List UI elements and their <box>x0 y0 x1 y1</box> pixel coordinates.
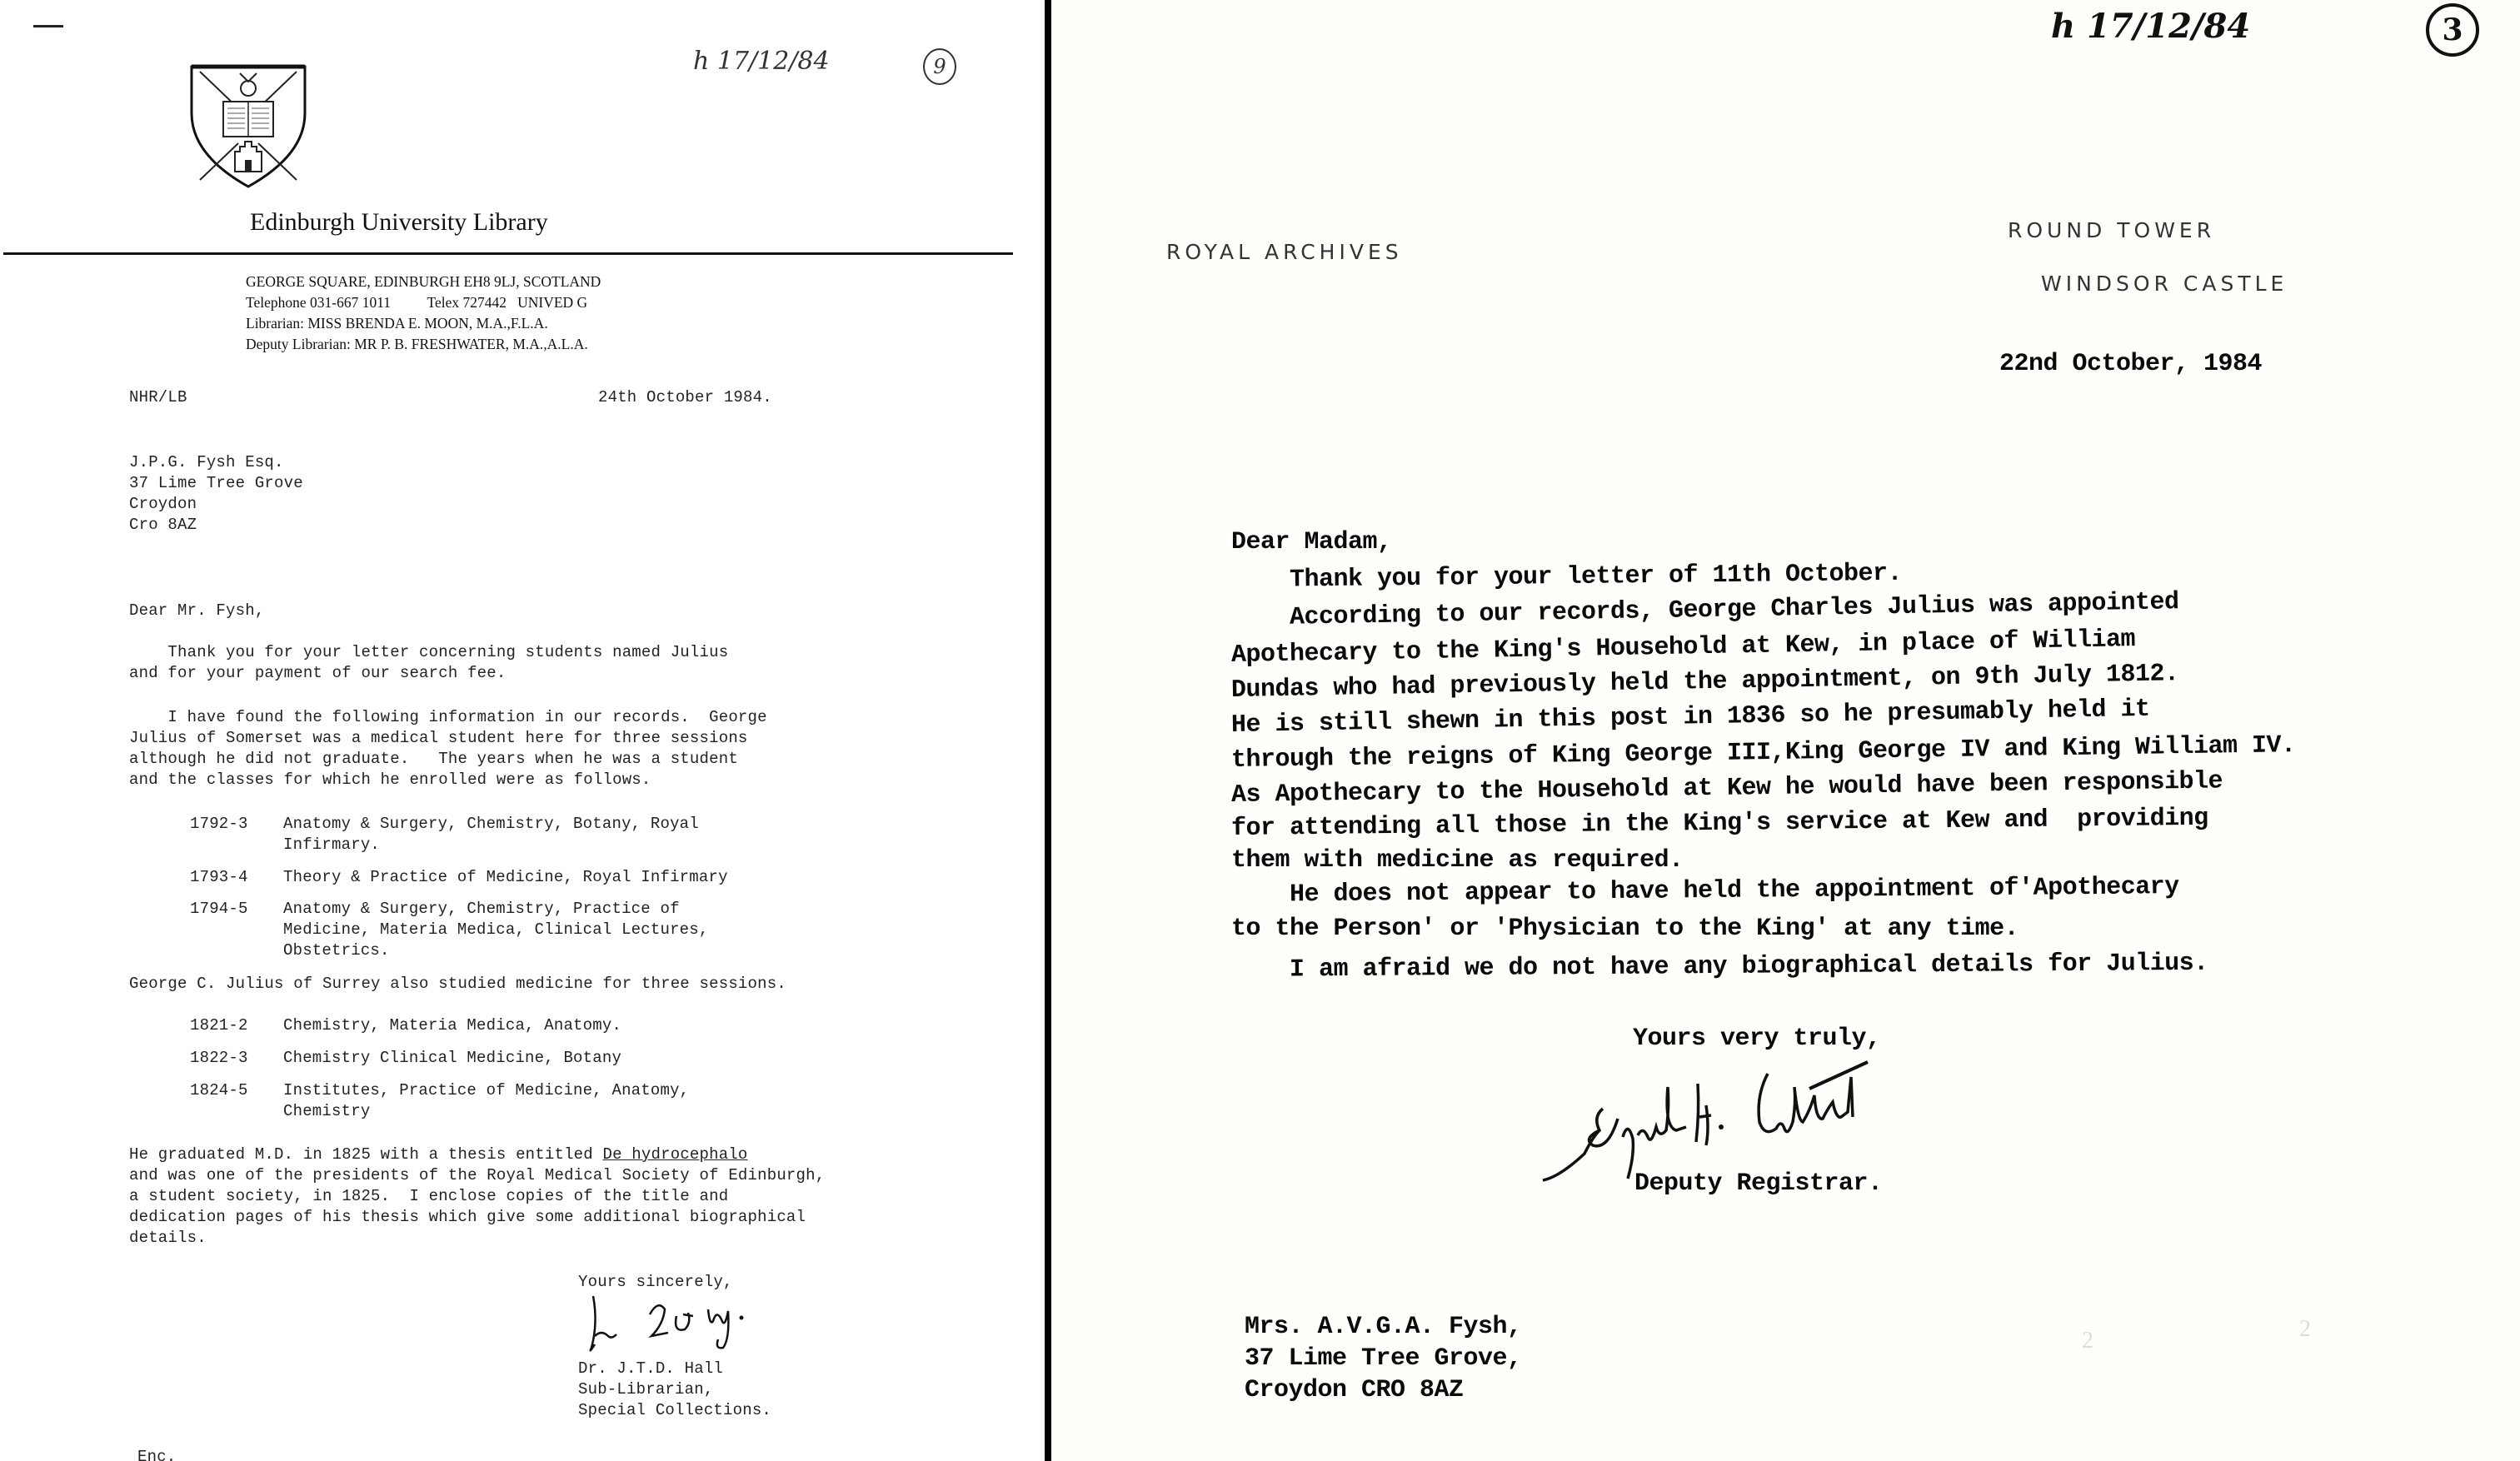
session-classes: Theory & Practice of Medicine, Royal Inf… <box>283 868 728 886</box>
body-line: them with medicine as required. <box>1231 846 1684 875</box>
signature-hall <box>583 1289 808 1356</box>
stamp-windsor-castle: WINDSOR CASTLE <box>2041 272 2288 296</box>
recipient-street: 37 Lime Tree Grove, <box>1245 1344 1522 1373</box>
session-years: 1794-5 <box>190 900 248 918</box>
handwritten-annotation: h 17/12/84 <box>693 47 830 76</box>
institution-name: Edinburgh University Library <box>250 208 548 237</box>
paragraph-line: I have found the following information i… <box>129 708 767 726</box>
stamp-round-tower: ROUND TOWER <box>2008 218 2215 242</box>
university-crest-icon <box>188 63 308 188</box>
session-years: 1793-4 <box>190 868 248 886</box>
session-classes: Anatomy & Surgery, Chemistry, Botany, Ro… <box>283 815 699 833</box>
session-years: 1824-5 <box>190 1081 248 1099</box>
handwritten-annotation: h 17/12/84 <box>2051 7 2250 46</box>
reference-code: NHR/LB <box>129 388 187 406</box>
paragraph-line: and the classes for which he enrolled we… <box>129 770 651 789</box>
surrey-intro: George C. Julius of Surrey also studied … <box>129 975 786 993</box>
paragraph-line: details. <box>129 1229 207 1247</box>
session-classes: Anatomy & Surgery, Chemistry, Practice o… <box>283 900 680 918</box>
letter-date: 24th October 1984. <box>598 388 772 406</box>
enclosure-note: Enc. <box>137 1448 176 1461</box>
paragraph-line: He graduated M.D. in 1825 with a thesis … <box>129 1145 748 1164</box>
recipient-postcode: Cro 8AZ <box>129 516 197 534</box>
session-classes: Chemistry, Materia Medica, Anatomy. <box>283 1016 621 1035</box>
body-line: Thank you for your letter of 11th Octobe… <box>1231 560 1902 595</box>
body-line: As Apothecary to the Household at Kew he… <box>1231 767 2223 810</box>
contact-line: Telephone 031-667 1011 Telex 727442 UNIV… <box>246 294 587 312</box>
body-line: According to our records, George Charles… <box>1231 588 2179 633</box>
session-classes: Obstetrics. <box>283 941 390 960</box>
faint-mark: 2 <box>2082 1328 2093 1354</box>
body-line: for attending all those in the King's se… <box>1231 805 2208 843</box>
page-number-badge: 9 <box>923 48 956 85</box>
session-classes: Chemistry Clinical Medicine, Botany <box>283 1049 621 1067</box>
session-classes: Chemistry <box>283 1102 370 1120</box>
paragraph-text: He graduated M.D. in 1825 with a thesis … <box>129 1145 603 1164</box>
royal-archives-letter: h 17/12/84 3 ROYAL ARCHIVES ROUND TOWER … <box>1051 0 2520 1461</box>
closing: Yours sincerely, <box>578 1273 733 1291</box>
body-line: I am afraid we do not have any biographi… <box>1231 950 2208 985</box>
signer-title: Deputy Registrar. <box>1634 1169 1883 1198</box>
paragraph-line: Julius of Somerset was a medical student… <box>129 729 748 747</box>
session-classes: Infirmary. <box>283 835 380 854</box>
paragraph-line: and for your payment of our search fee. <box>129 664 506 682</box>
page-number-badge: 3 <box>2426 3 2479 57</box>
paragraph-line: dedication pages of his thesis which giv… <box>129 1208 806 1226</box>
letterhead-rule <box>3 252 1013 255</box>
faint-mark: 2 <box>2299 1316 2311 1343</box>
address-line: GEORGE SQUARE, EDINBURGH EH8 9LJ, SCOTLA… <box>246 273 601 291</box>
paragraph-line: Thank you for your letter concerning stu… <box>129 643 728 661</box>
thesis-title: De hydrocephalo <box>603 1145 748 1164</box>
salutation: Dear Madam, <box>1231 528 1392 556</box>
body-line: He does not appear to have held the appo… <box>1231 873 2179 910</box>
recipient-town: Croydon <box>129 495 197 513</box>
paragraph-line: although he did not graduate. The years … <box>129 750 738 768</box>
session-years: 1821-2 <box>190 1016 248 1035</box>
session-years: 1822-3 <box>190 1049 248 1067</box>
signature-cuthbert: Elizabeth H. Cuthbert <box>1534 1029 1968 1187</box>
recipient-name: J.P.G. Fysh Esq. <box>129 453 284 471</box>
corner-mark <box>33 25 63 27</box>
page-divider <box>1045 0 1051 1461</box>
paragraph-line: and was one of the presidents of the Roy… <box>129 1166 825 1184</box>
archives-stamp: ROYAL ARCHIVES <box>1166 240 1403 264</box>
signer-department: Special Collections. <box>578 1401 771 1419</box>
recipient-name: Mrs. A.V.G.A. Fysh, <box>1245 1313 1522 1341</box>
librarian-line: Librarian: MISS BRENDA E. MOON, M.A.,F.L… <box>246 315 548 332</box>
salutation: Dear Mr. Fysh, <box>129 601 264 620</box>
recipient-town: Croydon CRO 8AZ <box>1245 1376 1464 1404</box>
signer-title: Sub-Librarian, <box>578 1380 713 1399</box>
body-line: to the Person' or 'Physician to the King… <box>1231 915 2018 943</box>
session-classes: Institutes, Practice of Medicine, Anatom… <box>283 1081 689 1099</box>
deputy-librarian-line: Deputy Librarian: MR P. B. FRESHWATER, M… <box>246 336 588 353</box>
session-years: 1792-3 <box>190 815 248 833</box>
signer-name: Dr. J.T.D. Hall <box>578 1359 723 1378</box>
session-classes: Medicine, Materia Medica, Clinical Lectu… <box>283 920 708 939</box>
letter-date: 22nd October, 1984 <box>1999 350 2262 378</box>
recipient-street: 37 Lime Tree Grove <box>129 474 303 492</box>
paragraph-line: a student society, in 1825. I enclose co… <box>129 1187 728 1205</box>
edinburgh-letter: Edinburgh University Library h 17/12/84 … <box>0 0 1048 1461</box>
